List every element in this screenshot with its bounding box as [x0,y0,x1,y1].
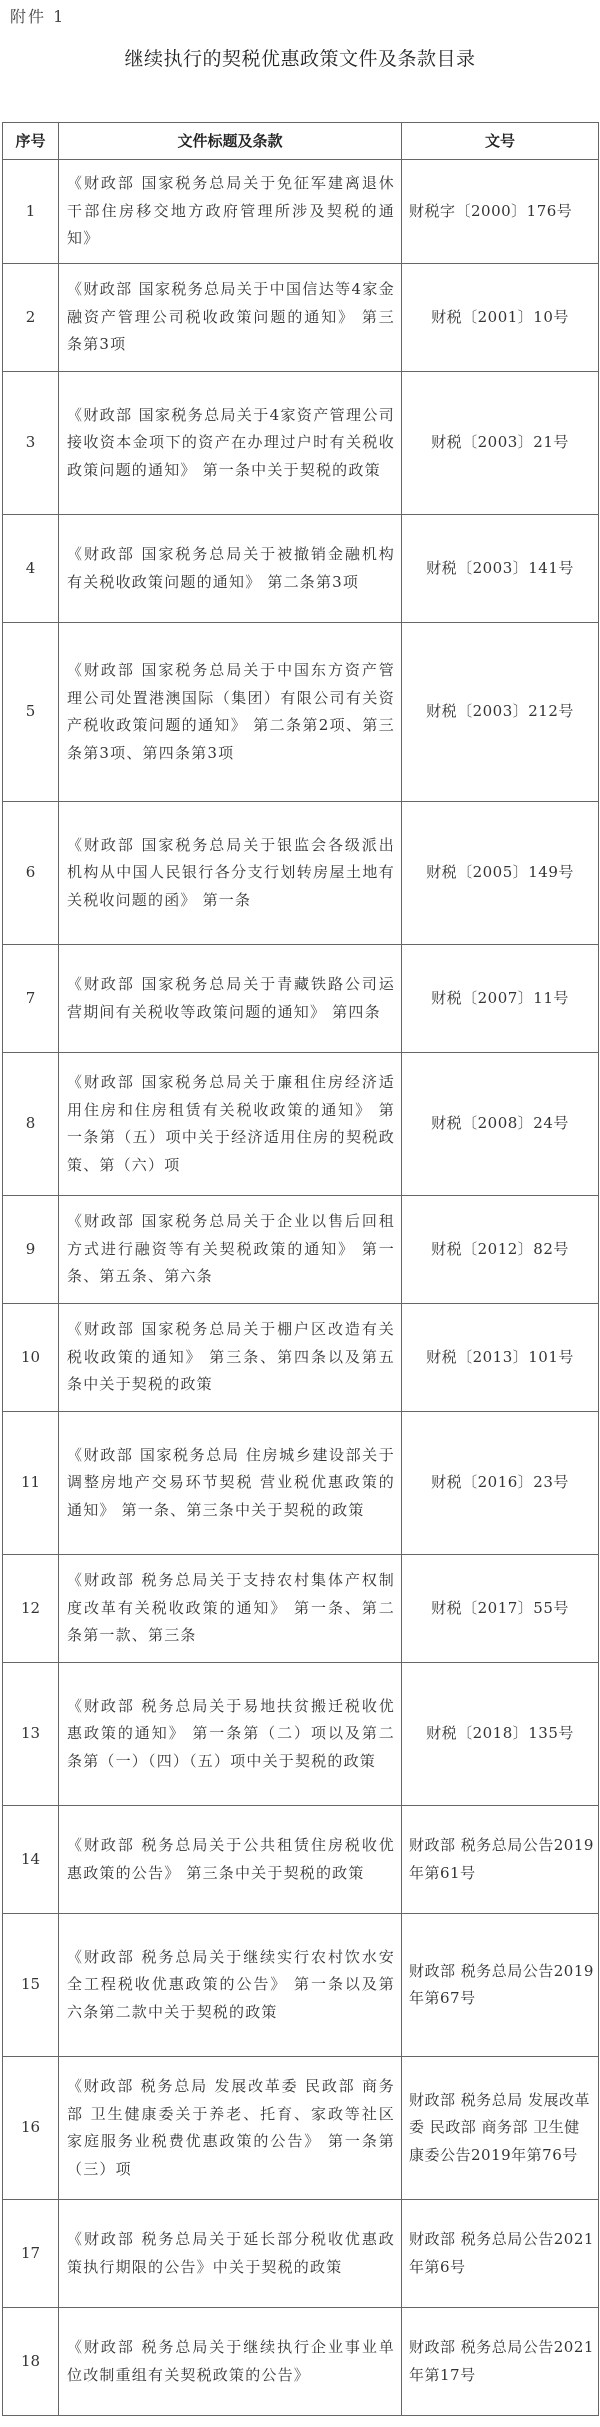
header-serial-number: 序号 [3,123,59,160]
row-serial-number: 4 [3,515,59,623]
row-serial-number: 17 [3,2200,59,2308]
row-document-number: 财税〔2005〕149号 [402,802,599,945]
row-document-number: 财政部 税务总局 发展改革委 民政部 商务部 卫生健康委公告2019年第76号 [402,2057,599,2200]
row-document-number: 财政部 税务总局公告2021年第17号 [402,2308,599,2416]
table-row: 11《财政部 国家税务总局 住房城乡建设部关于调整房地产交易环节契税 营业税优惠… [3,1412,599,1555]
row-document-number: 财税〔2016〕23号 [402,1412,599,1555]
row-serial-number: 7 [3,945,59,1053]
row-document-title: 《财政部 国家税务总局关于企业以售后回租方式进行融资等有关契税政策的通知》 第一… [59,1196,402,1304]
row-serial-number: 18 [3,2308,59,2416]
row-document-title: 《财政部 国家税务总局关于银监会各级派出机构从中国人民银行各分支行划转房屋土地有… [59,802,402,945]
table-row: 9《财政部 国家税务总局关于企业以售后回租方式进行融资等有关契税政策的通知》 第… [3,1196,599,1304]
table-row: 4《财政部 国家税务总局关于被撤销金融机构有关税收政策问题的通知》 第二条第3项… [3,515,599,623]
row-document-number: 财税〔2012〕82号 [402,1196,599,1304]
row-serial-number: 5 [3,623,59,802]
row-serial-number: 16 [3,2057,59,2200]
row-document-title: 《财政部 税务总局关于继续执行企业事业单位改制重组有关契税政策的公告》 [59,2308,402,2416]
policy-catalog-table: 序号 文件标题及条款 文号 1《财政部 国家税务总局关于免征军建离退休干部住房移… [2,122,599,2416]
row-document-title: 《财政部 国家税务总局关于中国东方资产管理公司处置港澳国际（集团）有限公司有关资… [59,623,402,802]
table-row: 5《财政部 国家税务总局关于中国东方资产管理公司处置港澳国际（集团）有限公司有关… [3,623,599,802]
page-title: 继续执行的契税优惠政策文件及条款目录 [0,44,600,71]
header-document-number: 文号 [402,123,599,160]
row-document-title: 《财政部 国家税务总局关于棚户区改造有关税收政策的通知》 第三条、第四条以及第五… [59,1304,402,1412]
row-serial-number: 9 [3,1196,59,1304]
row-document-title: 《财政部 税务总局关于公共租赁住房税收优惠政策的公告》 第三条中关于契税的政策 [59,1806,402,1914]
row-document-number: 财税〔2003〕141号 [402,515,599,623]
table-row: 1《财政部 国家税务总局关于免征军建离退休干部住房移交地方政府管理所涉及契税的通… [3,160,599,264]
row-serial-number: 3 [3,372,59,515]
row-document-title: 《财政部 国家税务总局关于4家资产管理公司接收资本金项下的资产在办理过户时有关税… [59,372,402,515]
table-row: 16《财政部 税务总局 发展改革委 民政部 商务部 卫生健康委关于养老、托育、家… [3,2057,599,2200]
row-serial-number: 8 [3,1053,59,1196]
row-document-number: 财税〔2017〕55号 [402,1555,599,1663]
header-document-title: 文件标题及条款 [59,123,402,160]
row-document-number: 财税〔2007〕11号 [402,945,599,1053]
table-row: 14《财政部 税务总局关于公共租赁住房税收优惠政策的公告》 第三条中关于契税的政… [3,1806,599,1914]
table-row: 8《财政部 国家税务总局关于廉租住房经济适用住房和住房租赁有关税收政策的通知》 … [3,1053,599,1196]
table-row: 18《财政部 税务总局关于继续执行企业事业单位改制重组有关契税政策的公告》财政部… [3,2308,599,2416]
row-document-title: 《财政部 税务总局关于延长部分税收优惠政策执行期限的公告》中关于契税的政策 [59,2200,402,2308]
row-serial-number: 1 [3,160,59,264]
table-row: 2《财政部 国家税务总局关于中国信达等4家金融资产管理公司税收政策问题的通知》 … [3,264,599,372]
table-row: 13《财政部 税务总局关于易地扶贫搬迁税收优惠政策的通知》 第一条第（二）项以及… [3,1663,599,1806]
row-document-title: 《财政部 国家税务总局关于免征军建离退休干部住房移交地方政府管理所涉及契税的通知… [59,160,402,264]
row-document-title: 《财政部 国家税务总局关于被撤销金融机构有关税收政策问题的通知》 第二条第3项 [59,515,402,623]
row-serial-number: 14 [3,1806,59,1914]
row-document-title: 《财政部 税务总局关于易地扶贫搬迁税收优惠政策的通知》 第一条第（二）项以及第二… [59,1663,402,1806]
row-document-number: 财税〔2008〕24号 [402,1053,599,1196]
row-document-number: 财税〔2001〕10号 [402,264,599,372]
row-serial-number: 6 [3,802,59,945]
row-document-number: 财政部 税务总局公告2019年第61号 [402,1806,599,1914]
table-row: 3《财政部 国家税务总局关于4家资产管理公司接收资本金项下的资产在办理过户时有关… [3,372,599,515]
row-document-title: 《财政部 税务总局关于支持农村集体产权制度改革有关税收政策的通知》 第一条、第二… [59,1555,402,1663]
table-row: 12《财政部 税务总局关于支持农村集体产权制度改革有关税收政策的通知》 第一条、… [3,1555,599,1663]
table-row: 7《财政部 国家税务总局关于青藏铁路公司运营期间有关税收等政策问题的通知》 第四… [3,945,599,1053]
table-row: 6《财政部 国家税务总局关于银监会各级派出机构从中国人民银行各分支行划转房屋土地… [3,802,599,945]
row-document-number: 财税〔2018〕135号 [402,1663,599,1806]
row-serial-number: 10 [3,1304,59,1412]
row-serial-number: 13 [3,1663,59,1806]
table-row: 10《财政部 国家税务总局关于棚户区改造有关税收政策的通知》 第三条、第四条以及… [3,1304,599,1412]
row-document-number: 财税字〔2000〕176号 [402,160,599,264]
row-serial-number: 15 [3,1914,59,2057]
row-document-number: 财税〔2003〕21号 [402,372,599,515]
table-row: 15《财政部 税务总局关于继续实行农村饮水安全工程税收优惠政策的公告》 第一条以… [3,1914,599,2057]
row-document-title: 《财政部 国家税务总局关于廉租住房经济适用住房和住房租赁有关税收政策的通知》 第… [59,1053,402,1196]
row-serial-number: 11 [3,1412,59,1555]
row-document-number: 财政部 税务总局公告2021年第6号 [402,2200,599,2308]
row-serial-number: 2 [3,264,59,372]
table-row: 17《财政部 税务总局关于延长部分税收优惠政策执行期限的公告》中关于契税的政策财… [3,2200,599,2308]
row-document-title: 《财政部 国家税务总局关于青藏铁路公司运营期间有关税收等政策问题的通知》 第四条 [59,945,402,1053]
row-document-number: 财税〔2013〕101号 [402,1304,599,1412]
row-document-title: 《财政部 税务总局关于继续实行农村饮水安全工程税收优惠政策的公告》 第一条以及第… [59,1914,402,2057]
row-document-title: 《财政部 税务总局 发展改革委 民政部 商务部 卫生健康委关于养老、托育、家政等… [59,2057,402,2200]
table-header-row: 序号 文件标题及条款 文号 [3,123,599,160]
row-document-title: 《财政部 国家税务总局 住房城乡建设部关于调整房地产交易环节契税 营业税优惠政策… [59,1412,402,1555]
attachment-label: 附件 1 [10,4,65,27]
row-document-title: 《财政部 国家税务总局关于中国信达等4家金融资产管理公司税收政策问题的通知》 第… [59,264,402,372]
row-document-number: 财政部 税务总局公告2019年第67号 [402,1914,599,2057]
row-document-number: 财税〔2003〕212号 [402,623,599,802]
row-serial-number: 12 [3,1555,59,1663]
